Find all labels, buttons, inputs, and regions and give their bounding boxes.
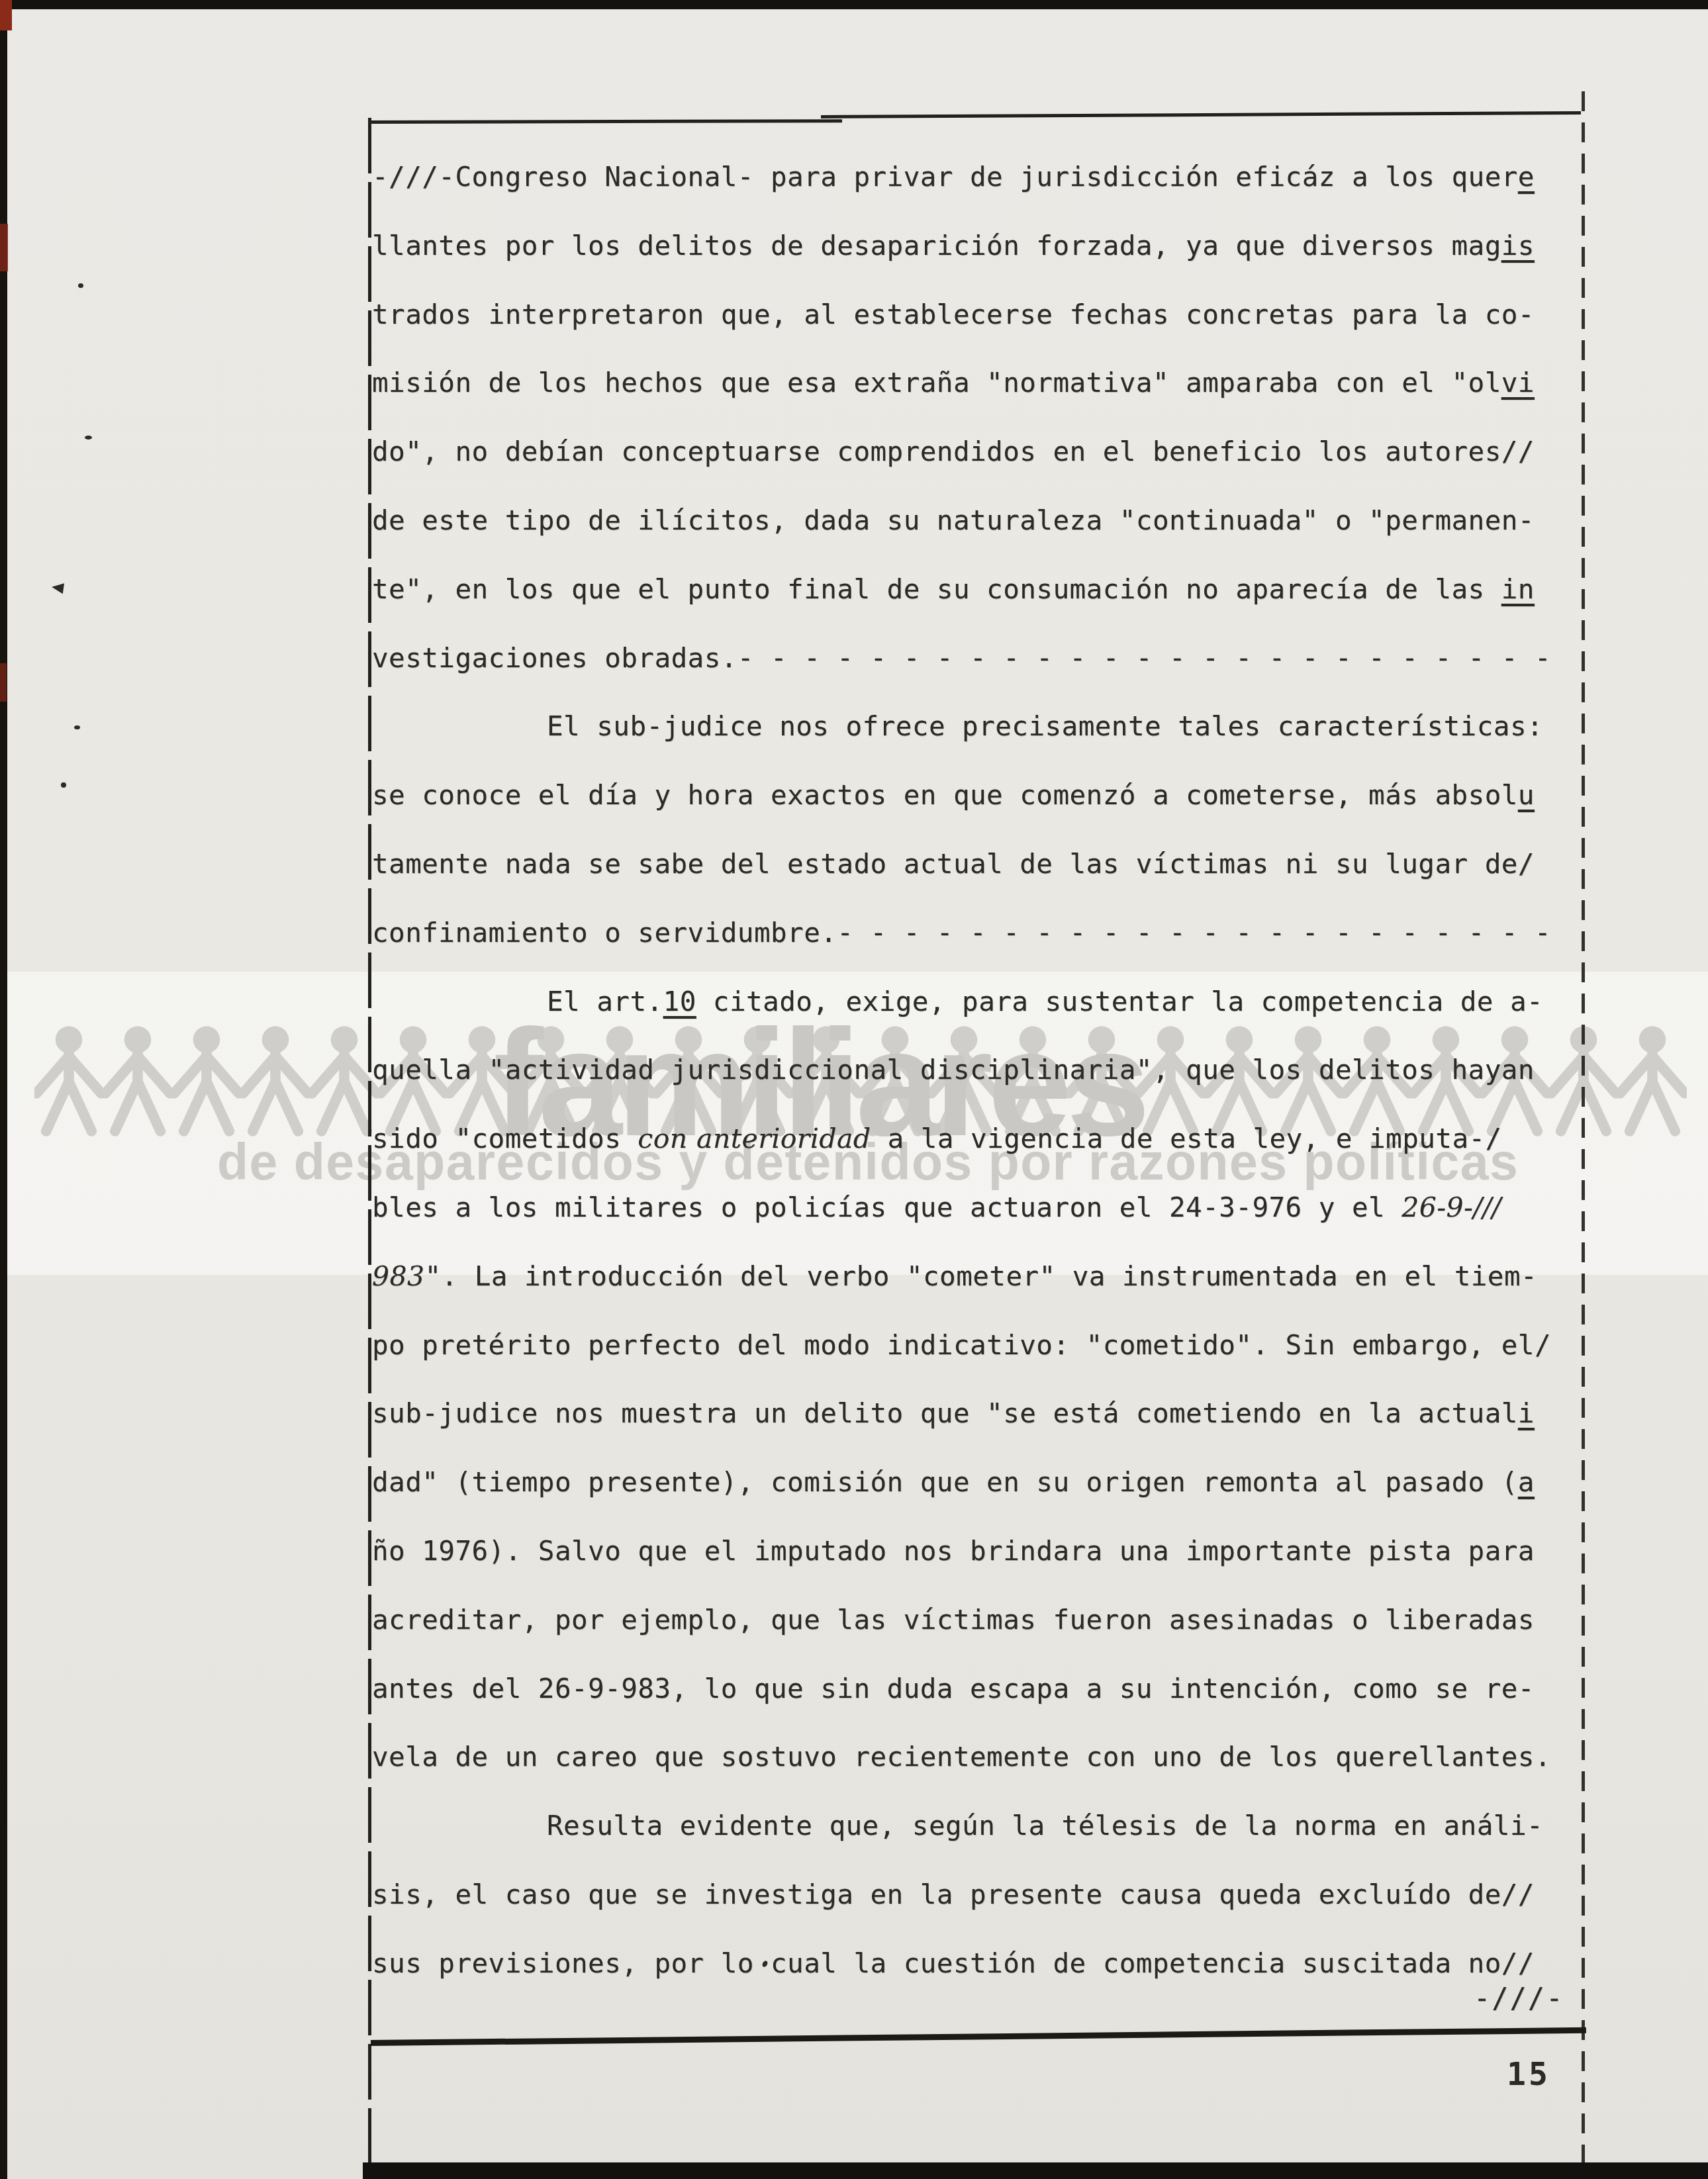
text-line: quella "actividad jurisdiccional discipl…: [372, 1036, 1574, 1105]
scan-edge-red-mark: [0, 0, 12, 30]
text-line: misión de los hechos que esa extraña "no…: [372, 349, 1574, 418]
text-line: de este tipo de ilícitos, dada su natura…: [372, 487, 1574, 555]
text-line: sus previsiones, por lo cual la cuestión…: [372, 1929, 1574, 1998]
text-line: El sub-judice nos ofrece precisamente ta…: [372, 692, 1574, 761]
text-line: sido "cometidos con anterioridad a la vi…: [372, 1105, 1574, 1174]
text-block: -///-Congreso Nacional- para privar de j…: [372, 143, 1574, 1998]
paper-doll-icon: [241, 1023, 310, 1137]
text-line: vela de un careo que sostuvo recientemen…: [372, 1723, 1574, 1792]
text-line: se conoce el día y hora exactos en que c…: [372, 761, 1574, 830]
text-line: trados interpretaron que, al establecers…: [372, 281, 1574, 349]
paper-doll-icon: [1618, 1023, 1687, 1137]
text-line: vestigaciones obradas.- - - - - - - - - …: [372, 624, 1574, 693]
text-line: El art.10 citado, exige, para sustentar …: [372, 968, 1574, 1037]
scan-edge-left: [0, 0, 7, 2179]
page-border-right: [1582, 91, 1585, 2164]
text-line: do", no debían conceptuarse comprendidos…: [372, 418, 1574, 487]
text-line: -///-Congreso Nacional- para privar de j…: [372, 143, 1574, 212]
page-number: 15: [1507, 2056, 1550, 2093]
scan-edge-bottom: [363, 2162, 1708, 2179]
scan-edge-red-mark: [0, 663, 7, 702]
ink-speck: [74, 725, 80, 729]
paper-doll-icon: [34, 1023, 103, 1137]
text-line: bles a los militares o policías que actu…: [372, 1174, 1574, 1242]
ink-speck: [85, 436, 92, 440]
text-line: llantes por los delitos de desaparición …: [372, 212, 1574, 281]
page-border-top-left-segment: [368, 119, 842, 124]
text-line: confinamiento o servidumbre.- - - - - - …: [372, 899, 1574, 968]
ink-speck: [61, 782, 66, 788]
paper-doll-icon: [172, 1023, 241, 1137]
paper-doll-icon: [103, 1023, 172, 1137]
scan-edge-red-mark: [0, 224, 8, 271]
scanned-document-page: familiares de desaparecidos y detenidos …: [0, 0, 1708, 2179]
text-line: tamente nada se sabe del estado actual d…: [372, 830, 1574, 899]
text-line: ño 1976). Salvo que el imputado nos brin…: [372, 1517, 1574, 1586]
continuation-mark: -///-: [1474, 1982, 1564, 2014]
page-border-left: [368, 118, 371, 2179]
text-line: te", en los que el punto final de su con…: [372, 555, 1574, 624]
text-line: po pretérito perfecto del modo indicativ…: [372, 1311, 1574, 1380]
ink-speck: [78, 283, 83, 288]
text-line: 983". La introducción del verbo "cometer…: [372, 1242, 1574, 1311]
scan-edge-top: [0, 0, 1708, 9]
ink-speck: [51, 582, 64, 594]
text-line: antes del 26-9-983, lo que sin duda esca…: [372, 1655, 1574, 1724]
text-line: dad" (tiempo presente), comisión que en …: [372, 1448, 1574, 1517]
text-line: sub-judice nos muestra un delito que "se…: [372, 1379, 1574, 1448]
text-line: acreditar, por ejemplo, que las víctimas…: [372, 1586, 1574, 1655]
footer-rule: [371, 2027, 1586, 2046]
text-line: sis, el caso que se investiga en la pres…: [372, 1861, 1574, 1929]
text-line: Resulta evidente que, según la télesis d…: [372, 1792, 1574, 1861]
page-border-top-right-segment: [821, 111, 1581, 118]
